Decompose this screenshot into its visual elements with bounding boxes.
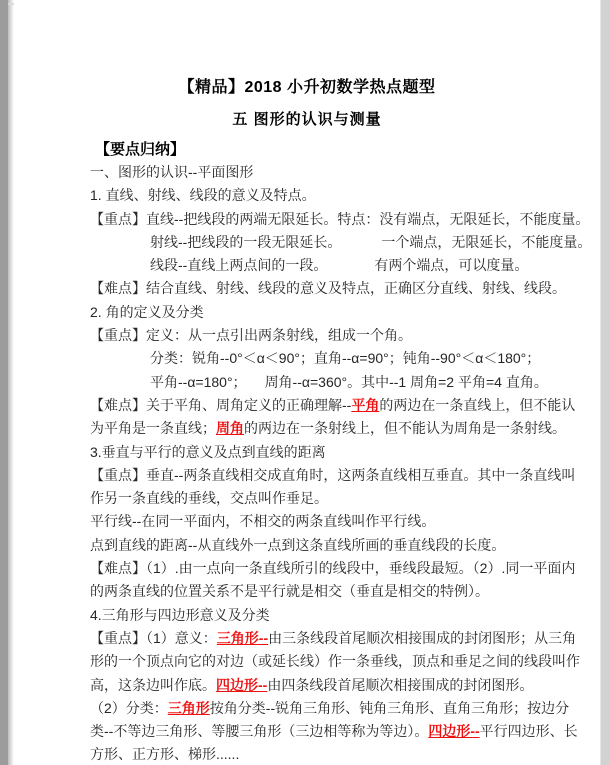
document-subtitle: 五 图形的认识与测量 xyxy=(14,108,600,129)
text-segment: 射线--把线段的一段无限延长。 xyxy=(150,234,341,250)
highlight-keyword: 平角 xyxy=(351,397,379,413)
text-line: 平角--α=180°；周角--α=360°。其中--1 周角=2 平角=4 直角… xyxy=(90,371,560,394)
text-line: 1. 直线、射线、线段的意义及特点。 xyxy=(90,184,560,207)
text-line: 【难点】结合直线、射线、线段的意义及特点，正确区分直线、射线、线段。 xyxy=(90,277,560,300)
text-line: 3.垂直与平行的意义及点到直线的距离 xyxy=(90,441,560,464)
text-line: 一、图形的认识--平面图形 xyxy=(90,161,560,184)
text-segment: 【重点】垂直--两条直线相交成直角时，这两条直线相互垂直。其中一条直线叫 xyxy=(90,467,575,483)
document-body: 一、图形的认识--平面图形1. 直线、射线、线段的意义及特点。【重点】直线--把… xyxy=(90,161,560,765)
text-segment: 【难点】结合直线、射线、线段的意义及特点，正确区分直线、射线、线段。 xyxy=(90,280,566,296)
section-header-key-points: 【要点归纳】 xyxy=(95,138,185,159)
text-segment: 平角--α=180°； xyxy=(150,374,247,390)
text-segment: 的两边在一条直线上，但不能认 xyxy=(379,397,575,413)
text-segment: 形的一个顶点向它的对边（或延长线）作一条垂线，顶点和垂足之间的线段叫作 xyxy=(90,653,580,669)
text-segment: 的两条直线的位置关系不是平行就是相交（垂直是相交的特例）。 xyxy=(90,583,489,599)
text-segment: 为平角是一条直线； xyxy=(90,420,216,436)
document-viewer: 【精品】2018 小升初数学热点题型 五 图形的认识与测量 【要点归纳】 一、图… xyxy=(0,0,610,765)
highlight-keyword: 四边形-- xyxy=(216,677,267,693)
text-segment: 3.垂直与平行的意义及点到直线的距离 xyxy=(90,444,326,460)
text-line: 【重点】定义：从一点引出两条射线，组成一个角。 xyxy=(90,324,560,347)
text-line: 线段--直线上两点间的一段。有两个端点，可以度量。 xyxy=(90,254,560,277)
text-segment: 【难点】关于平角、周角定义的正确理解-- xyxy=(90,397,351,413)
text-segment: 周角--α=360°。其中--1 周角=2 平角=4 直角。 xyxy=(265,374,548,390)
document-page[interactable]: 【精品】2018 小升初数学热点题型 五 图形的认识与测量 【要点归纳】 一、图… xyxy=(14,0,600,765)
highlight-keyword: 四边形-- xyxy=(428,723,479,739)
text-segment: 4.三角形与四边形意义及分类 xyxy=(90,607,270,623)
text-line: 高，这条边叫作底。四边形--由四条线段首尾顺次相接围成的封闭图形。 xyxy=(90,674,560,697)
text-segment: 高，这条边叫作底。 xyxy=(90,677,216,693)
text-segment: 点到直线的距离--从直线外一点到这条直线所画的垂直线段的长度。 xyxy=(90,537,505,553)
text-line: 为平角是一条直线；周角的两边在一条射线上，但不能认为周角是一条射线。 xyxy=(90,417,560,440)
text-segment: 【重点】直线--把线段的两端无限延长。特点：没有端点，无限延长，不能度量。 xyxy=(90,211,589,227)
text-segment: 【难点】（1）.由一点向一条直线所引的线段中，垂线段最短。（2）.同一平面内 xyxy=(90,560,575,576)
canvas-right-margin xyxy=(600,0,610,765)
text-line: 2. 角的定义及分类 xyxy=(90,301,560,324)
text-segment: 平行线--在同一平面内，不相交的两条直线叫作平行线。 xyxy=(90,513,435,529)
text-line: （2）分类：三角形按角分类--锐角三角形、钝角三角形、直角三角形；按边分 xyxy=(90,697,560,720)
canvas-left-margin xyxy=(0,0,8,765)
text-line: 【重点】（1）意义：三角形--由三条线段首尾顺次相接围成的封闭图形；从三角 xyxy=(90,627,560,650)
text-segment: 【重点】（1）意义： xyxy=(90,630,217,646)
text-line: 点到直线的距离--从直线外一点到这条直线所画的垂直线段的长度。 xyxy=(90,534,560,557)
highlight-keyword: 三角形-- xyxy=(217,630,268,646)
text-line: 【重点】垂直--两条直线相交成直角时，这两条直线相互垂直。其中一条直线叫 xyxy=(90,464,560,487)
text-segment: 按角分类--锐角三角形、钝角三角形、直角三角形；按边分 xyxy=(210,700,569,716)
text-segment: 作另一条直线的垂线，交点叫作垂足。 xyxy=(90,490,328,506)
text-segment: （2）分类： xyxy=(90,700,168,716)
text-segment: 2. 角的定义及分类 xyxy=(90,304,204,320)
text-segment: 一、图形的认识--平面图形 xyxy=(90,164,253,180)
text-line: 4.三角形与四边形意义及分类 xyxy=(90,604,560,627)
text-segment: 的两边在一条射线上，但不能认为周角是一条射线。 xyxy=(244,420,566,436)
text-segment: 由三条线段首尾顺次相接围成的封闭图形；从三角 xyxy=(268,630,576,646)
text-segment: 由四条线段首尾顺次相接围成的封闭图形。 xyxy=(267,677,533,693)
text-line: 【难点】（1）.由一点向一条直线所引的线段中，垂线段最短。（2）.同一平面内 xyxy=(90,557,560,580)
text-line: 分类：锐角--0°＜α＜90°；直角--α=90°；钝角--90°＜α＜180°… xyxy=(90,347,560,370)
text-segment: 类--不等边三角形、等腰三角形（三边相等称为等边）。 xyxy=(90,723,428,739)
highlight-keyword: 周角 xyxy=(216,420,244,436)
text-line: 作另一条直线的垂线，交点叫作垂足。 xyxy=(90,487,560,510)
text-segment: 分类：锐角--0°＜α＜90°；直角--α=90°；钝角--90°＜α＜180°… xyxy=(150,350,540,366)
text-segment: 一个端点，无限延长，不能度量。 xyxy=(381,234,591,250)
text-segment: 线段--直线上两点间的一段。 xyxy=(150,257,327,273)
text-line: 形的一个顶点向它的对边（或延长线）作一条垂线，顶点和垂足之间的线段叫作 xyxy=(90,650,560,673)
text-line: 射线--把线段的一段无限延长。一个端点，无限延长，不能度量。 xyxy=(90,231,560,254)
text-segment: 有两个端点，可以度量。 xyxy=(374,257,528,273)
text-line: 方形、正方形、梯形...... xyxy=(90,743,560,765)
text-line: 【重点】直线--把线段的两端无限延长。特点：没有端点，无限延长，不能度量。 xyxy=(90,208,560,231)
text-line: 【难点】关于平角、周角定义的正确理解--平角的两边在一条直线上，但不能认 xyxy=(90,394,560,417)
highlight-keyword: 三角形 xyxy=(168,700,210,716)
text-segment: 1. 直线、射线、线段的意义及特点。 xyxy=(90,187,316,203)
text-segment: 方形、正方形、梯形...... xyxy=(90,746,239,762)
text-segment: 平行四边形、长 xyxy=(480,723,578,739)
text-segment: 【重点】定义：从一点引出两条射线，组成一个角。 xyxy=(90,327,412,343)
text-line: 平行线--在同一平面内，不相交的两条直线叫作平行线。 xyxy=(90,510,560,533)
text-line: 类--不等边三角形、等腰三角形（三边相等称为等边）。四边形--平行四边形、长 xyxy=(90,720,560,743)
document-title: 【精品】2018 小升初数学热点题型 xyxy=(14,74,600,97)
text-line: 的两条直线的位置关系不是平行就是相交（垂直是相交的特例）。 xyxy=(90,580,560,603)
